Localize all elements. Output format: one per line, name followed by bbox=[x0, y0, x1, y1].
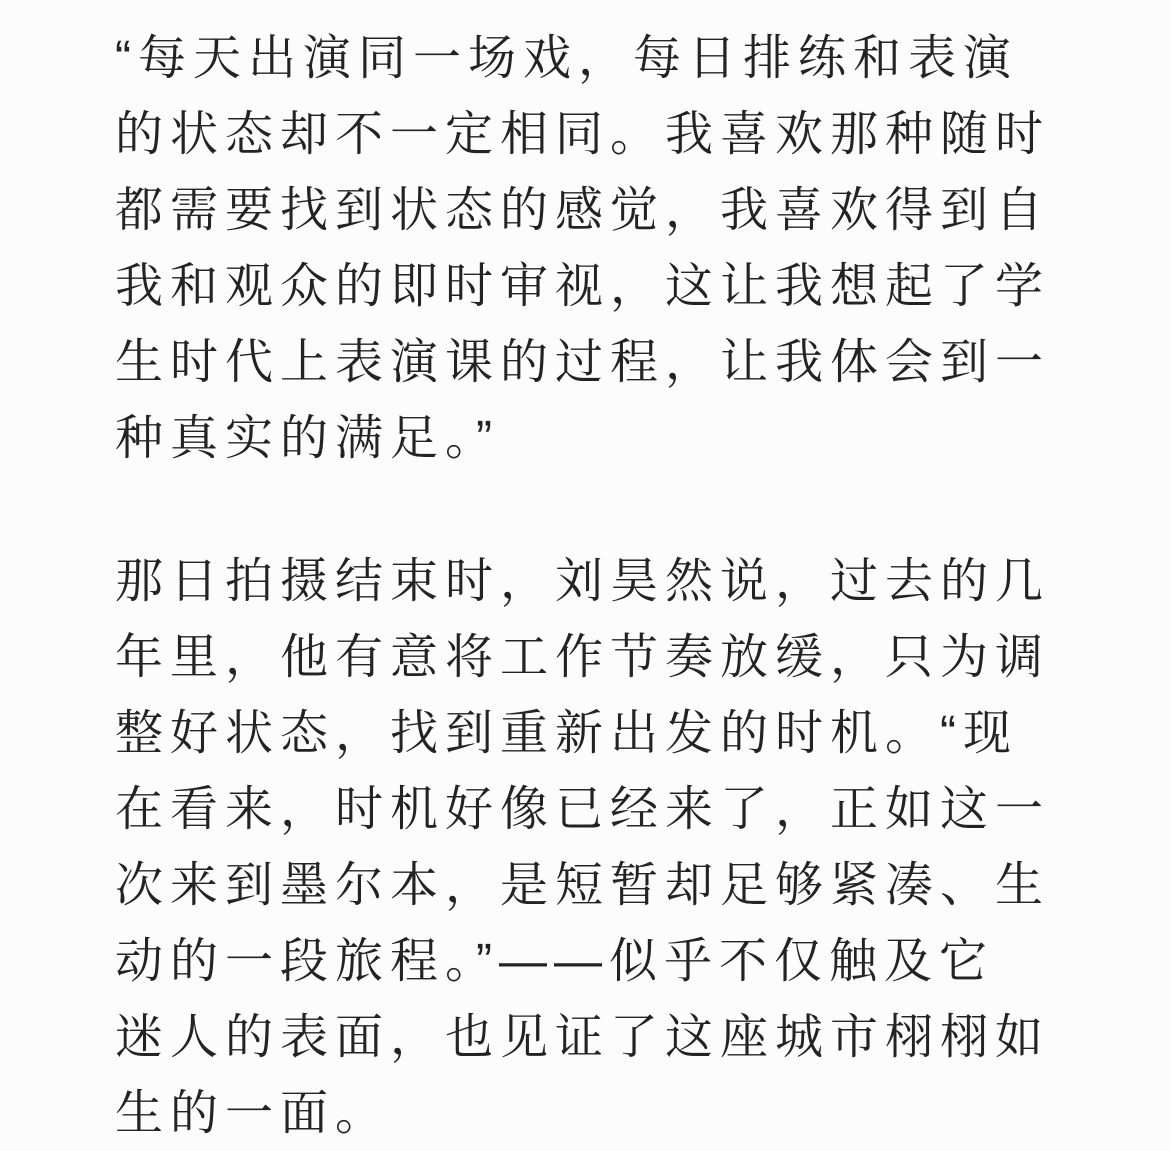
text-line: 年里，他有意将工作节奏放缓，只为调 bbox=[115, 620, 1130, 696]
text-line: 整好状态，找到重新出发的时机。“现 bbox=[115, 696, 1130, 772]
paragraph-narrative: 那日拍摄结束时，刘昊然说，过去的几 年里，他有意将工作节奏放缓，只为调 整好状态… bbox=[115, 544, 1130, 1151]
text-line: 的状态却不一定相同。我喜欢那种随时 bbox=[115, 97, 1130, 173]
text-line: 在看来，时机好像已经来了，正如这一 bbox=[115, 772, 1130, 848]
text-line: 生时代上表演课的过程，让我体会到一 bbox=[115, 325, 1130, 401]
text-line: 生的一面。 bbox=[115, 1076, 1130, 1151]
text-line: 都需要找到状态的感觉，我喜欢得到自 bbox=[115, 173, 1130, 249]
paragraph-interview-quote: “每天出演同一场戏，每日排练和表演 的状态却不一定相同。我喜欢那种随时 都需要找… bbox=[115, 21, 1130, 477]
text-line: 动的一段旅程。”——似乎不仅触及它 bbox=[115, 924, 1130, 1000]
text-line: 迷人的表面，也见证了这座城市栩栩如 bbox=[115, 1000, 1130, 1076]
text-line: “每天出演同一场戏，每日排练和表演 bbox=[115, 21, 1130, 97]
text-line: 我和观众的即时审视，这让我想起了学 bbox=[115, 249, 1130, 325]
text-line: 种真实的满足。” bbox=[115, 401, 1130, 477]
text-line: 次来到墨尔本，是短暂却足够紧凑、生 bbox=[115, 848, 1130, 924]
article-text-page: “每天出演同一场戏，每日排练和表演 的状态却不一定相同。我喜欢那种随时 都需要找… bbox=[0, 0, 1170, 1151]
text-line: 那日拍摄结束时，刘昊然说，过去的几 bbox=[115, 544, 1130, 620]
